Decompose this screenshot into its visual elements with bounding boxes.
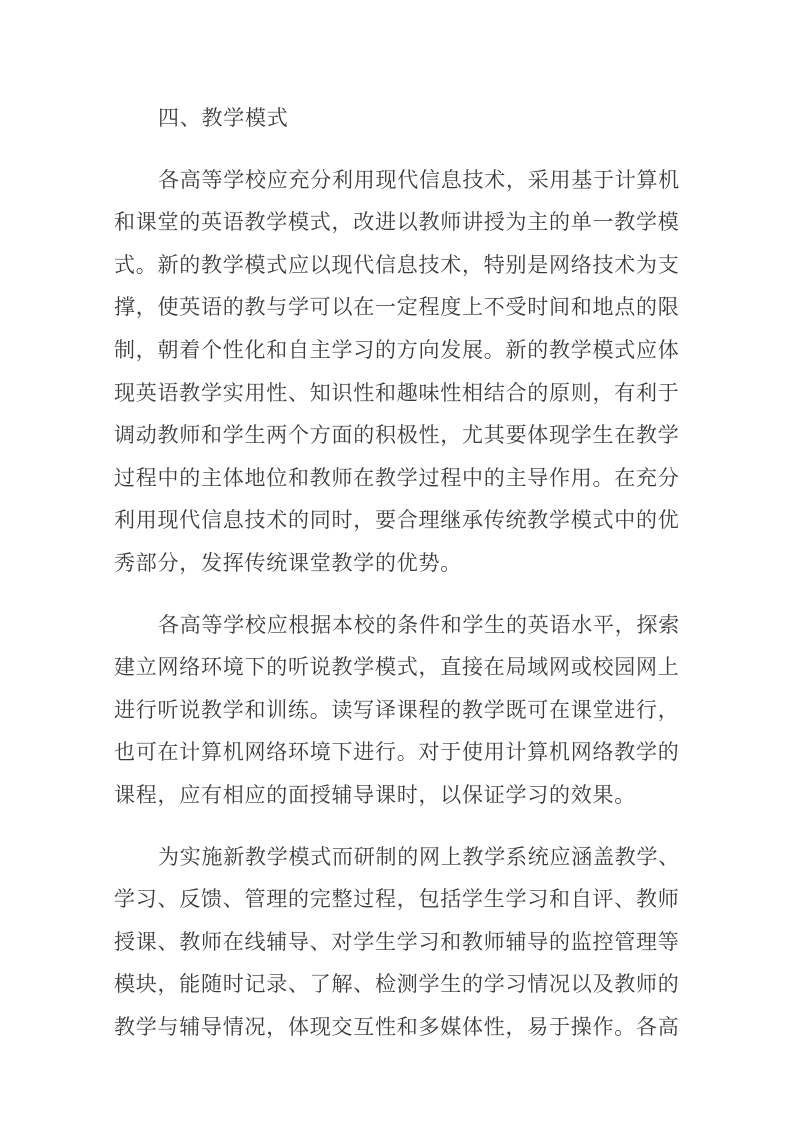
- text-line: 现英语教学实用性、知识性和趣味性相结合的原则，有利于: [114, 372, 680, 415]
- text-line: 利用现代信息技术的同时，要合理继承传统教学模式中的优: [114, 499, 680, 542]
- text-line: 撑，使英语的教与学可以在一定程度上不受时间和地点的限: [114, 286, 680, 329]
- text-line: 教学与辅导情况，体现交互性和多媒体性，易于操作。各高: [114, 1006, 680, 1049]
- text-line: 也可在计算机网络环境下进行。对于使用计算机网络教学的: [114, 731, 680, 774]
- text-line: 建立网络环境下的听说教学模式，直接在局域网或校园网上: [114, 646, 680, 689]
- text-line: 授课、教师在线辅导、对学生学习和教师辅导的监控管理等: [114, 921, 680, 964]
- paragraph: 为实施新教学模式而研制的网上教学系统应涵盖教学、 学习、反馈、管理的完整过程，包…: [114, 836, 680, 1049]
- document-page: 四、教学模式 各高等学校应充分利用现代信息技术，采用基于计算机 和课堂的英语教学…: [0, 0, 793, 1122]
- text-line: 课程，应有相应的面授辅导课时，以保证学习的效果。: [114, 774, 680, 817]
- text-line: 调动教师和学生两个方面的积极性，尤其要体现学生在教学: [114, 414, 680, 457]
- text-line: 模块，能随时记录、了解、检测学生的学习情况以及教师的: [114, 963, 680, 1006]
- document-content: 四、教学模式 各高等学校应充分利用现代信息技术，采用基于计算机 和课堂的英语教学…: [114, 97, 680, 1048]
- text-line: 各高等学校应充分利用现代信息技术，采用基于计算机: [114, 159, 680, 202]
- section-heading: 四、教学模式: [114, 97, 680, 140]
- text-line: 式。新的教学模式应以现代信息技术，特别是网络技术为支: [114, 244, 680, 287]
- paragraph: 各高等学校应根据本校的条件和学生的英语水平，探索 建立网络环境下的听说教学模式，…: [114, 604, 680, 817]
- text-line: 过程中的主体地位和教师在教学过程中的主导作用。在充分: [114, 457, 680, 500]
- text-line: 和课堂的英语教学模式，改进以教师讲授为主的单一教学模: [114, 201, 680, 244]
- text-line: 进行听说教学和训练。读写译课程的教学既可在课堂进行，: [114, 689, 680, 732]
- paragraph: 各高等学校应充分利用现代信息技术，采用基于计算机 和课堂的英语教学模式，改进以教…: [114, 159, 680, 585]
- text-line: 制，朝着个性化和自主学习的方向发展。新的教学模式应体: [114, 329, 680, 372]
- text-line: 秀部分，发挥传统课堂教学的优势。: [114, 542, 680, 585]
- text-line: 学习、反馈、管理的完整过程，包括学生学习和自评、教师: [114, 878, 680, 921]
- text-line: 为实施新教学模式而研制的网上教学系统应涵盖教学、: [114, 836, 680, 879]
- text-line: 各高等学校应根据本校的条件和学生的英语水平，探索: [114, 604, 680, 647]
